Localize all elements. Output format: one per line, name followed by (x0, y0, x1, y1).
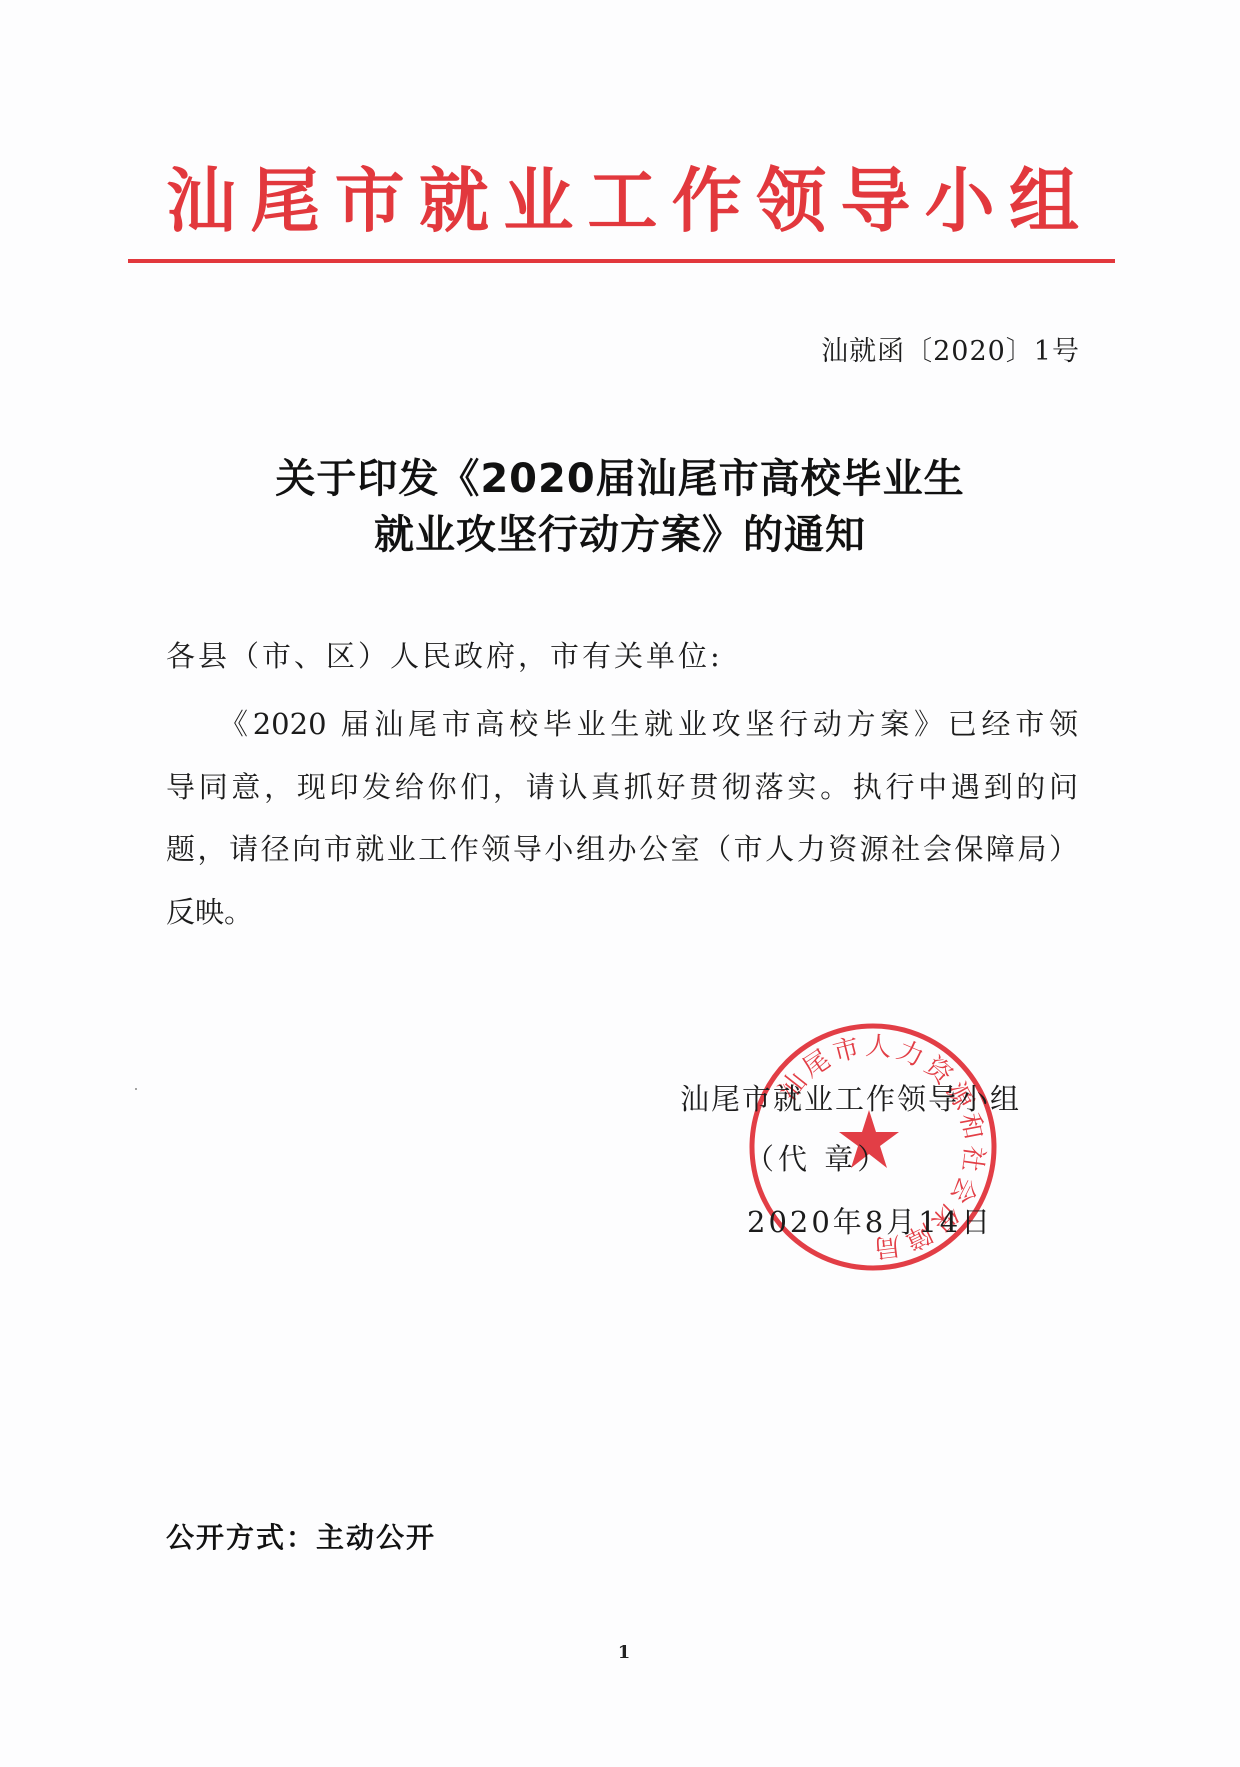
signature-date: 2020年8月14日 (747, 1202, 993, 1242)
body-paragraph-line: 题，请径向市就业工作领导小组办公室（市人力资源社会保障局） (166, 829, 1078, 869)
letterhead-title: 汕 尾 市 就 业 工 作 领 导 小 组 (128, 156, 1115, 246)
signature-org: 汕尾市就业工作领导小组 (680, 1079, 1021, 1119)
body-paragraph-line: 《2020 届汕尾市高校毕业生就业攻坚行动方案》已经市领 (166, 704, 1078, 744)
letterhead-char: 就 (419, 166, 489, 236)
letterhead-char: 尾 (250, 166, 320, 236)
letterhead-char: 组 (1009, 166, 1079, 236)
body-paragraph-line: 反映。 (166, 892, 1078, 932)
body-paragraph-line: 导同意，现印发给你们，请认真抓好贯彻落实。执行中遇到的问 (166, 767, 1078, 807)
disclosure-method: 公开方式：主动公开 (166, 1518, 436, 1558)
letterhead-char: 业 (503, 166, 573, 236)
letterhead-char: 汕 (166, 166, 236, 236)
letterhead-divider (128, 259, 1115, 263)
letterhead-char: 市 (335, 166, 405, 236)
signature-seal-note: （代 章） (745, 1139, 890, 1179)
letterhead-char: 小 (925, 166, 995, 236)
letterhead-char: 导 (840, 166, 910, 236)
scan-speck (135, 1088, 137, 1090)
letterhead-char: 领 (756, 166, 826, 236)
letterhead-char: 作 (672, 166, 742, 236)
document-number: 汕就函〔2020〕1号 (821, 334, 1080, 370)
document-page: 汕 尾 市 就 业 工 作 领 导 小 组 汕就函〔2020〕1号 关于印发《2… (0, 0, 1240, 1767)
document-title-line-1: 关于印发《2020届汕尾市高校毕业生 (0, 455, 1240, 503)
letterhead-char: 工 (587, 166, 657, 236)
page-number: 1 (600, 1640, 648, 1666)
salutation: 各县（市、区）人民政府，市有关单位: (166, 636, 1078, 676)
document-title-line-2: 就业攻坚行动方案》的通知 (0, 511, 1240, 559)
